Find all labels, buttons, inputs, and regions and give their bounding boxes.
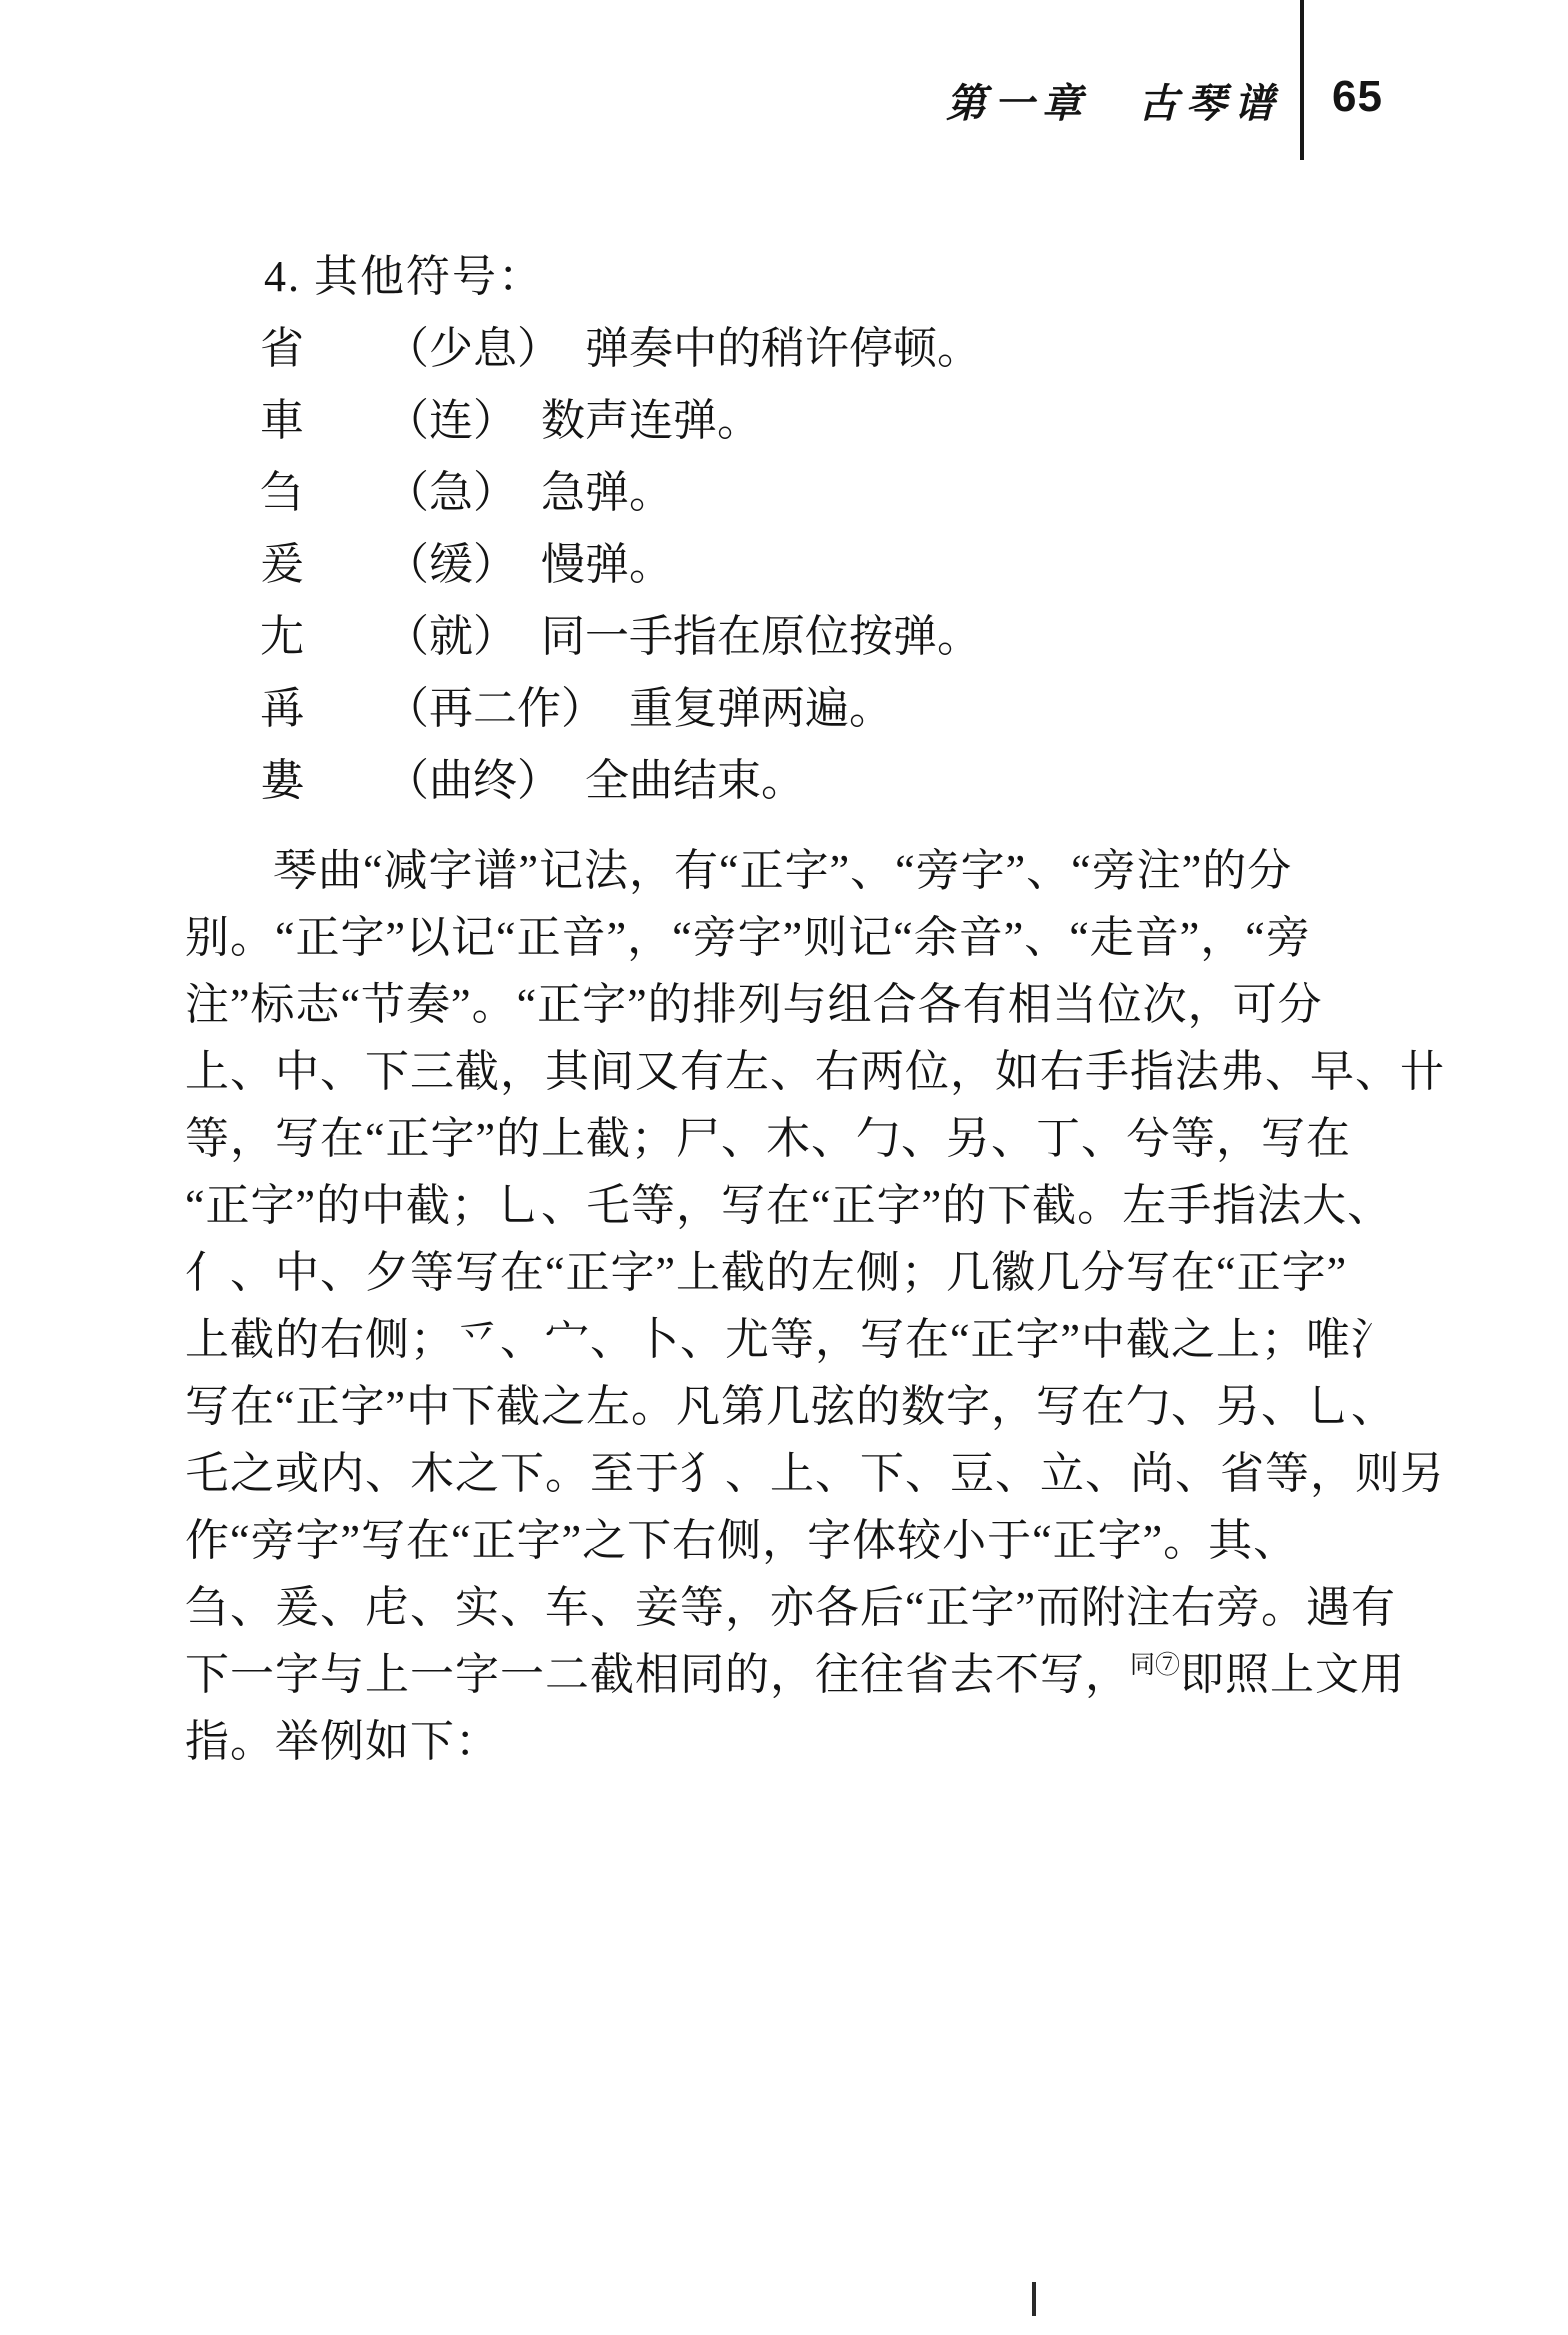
symbol-row: 爰 （缓） 慢弹。 [185, 529, 1390, 601]
header-divider [1300, 0, 1304, 160]
paragraph-line-with-footnote: 下一字与上一字一二截相同的，往往省去不写，同⑦即照上文用 [185, 1641, 1390, 1708]
paragraph-line: 乇之或内、木之下。至于犭、上、下、豆、立、尚、省等，则另 [185, 1440, 1390, 1507]
notation-symbol: 省 [260, 313, 385, 385]
symbol-row: 尢 （就） 同一手指在原位按弹。 [185, 601, 1390, 673]
paragraph-line: 等，写在“正字”的上截；尸、木、勹、另、丁、兮等，写在 [185, 1105, 1390, 1172]
symbol-list: 省 （少息） 弹奏中的稍许停顿。 車 （连） 数声连弹。 刍 （急） 急弹。 爰… [185, 313, 1390, 817]
symbol-reading: （急） [385, 457, 517, 529]
symbol-description: 重复弹两遍。 [629, 673, 893, 745]
body-paragraph: 琴曲“减字谱”记法，有“正字”、“旁字”、“旁注”的分 别。“正字”以记“正音”… [185, 837, 1390, 1775]
paragraph-line: 刍、爰、虍、实、车、妾等，亦各后“正字”而附注右旁。遇有 [185, 1574, 1390, 1641]
paragraph-line: 注”标志“节奏”。“正字”的排列与组合各有相当位次，可分 [185, 971, 1390, 1038]
symbol-row: 婁 （曲终） 全曲结束。 [185, 745, 1390, 817]
paragraph-line: 写在“正字”中下截之左。凡第几弦的数字，写在勹、另、乚、 [185, 1373, 1390, 1440]
symbol-description: 全曲结束。 [585, 745, 805, 817]
symbol-reading: （缓） [385, 529, 517, 601]
text-block: 4. 其他符号： 省 （少息） 弹奏中的稍许停顿。 車 （连） 数声连弹。 刍 … [185, 241, 1390, 1775]
symbol-description: 急弹。 [541, 457, 673, 529]
notation-symbol: 爰 [260, 529, 385, 601]
symbol-description: 数声连弹。 [541, 385, 761, 457]
footnote-marker: 同⑦ [1130, 1652, 1180, 1679]
symbol-row: 爯 （再二作） 重复弹两遍。 [185, 673, 1390, 745]
scan-artifact-mark [1032, 2282, 1036, 2316]
symbol-reading: （连） [385, 385, 517, 457]
paragraph-line: 琴曲“减字谱”记法，有“正字”、“旁字”、“旁注”的分 [185, 837, 1390, 904]
line-text: 下一字与上一字一二截相同的，往往省去不写， [185, 1650, 1130, 1699]
paragraph-line: “正字”的中截；乚、乇等，写在“正字”的下截。左手指法大、 [185, 1172, 1390, 1239]
page-number: 65 [1332, 72, 1383, 122]
book-page: 第一章 古琴谱 65 4. 其他符号： 省 （少息） 弹奏中的稍许停顿。 車 （… [0, 0, 1568, 2335]
section-heading: 4. 其他符号： [185, 241, 1390, 313]
notation-symbol: 尢 [260, 601, 385, 673]
symbol-reading: （再二作） [385, 673, 605, 745]
symbol-description: 同一手指在原位按弹。 [541, 601, 981, 673]
paragraph-line: 别。“正字”以记“正音”，“旁字”则记“余音”、“走音”，“旁 [185, 904, 1390, 971]
notation-symbol: 車 [260, 385, 385, 457]
paragraph-line: 亻、中、夕等写在“正字”上截的左侧；几徽几分写在“正字” [185, 1239, 1390, 1306]
notation-symbol: 爯 [260, 673, 385, 745]
symbol-description: 弹奏中的稍许停顿。 [585, 313, 981, 385]
notation-symbol: 婁 [260, 745, 385, 817]
running-head: 第一章 古琴谱 [946, 72, 1282, 129]
symbol-row: 刍 （急） 急弹。 [185, 457, 1390, 529]
symbol-row: 車 （连） 数声连弹。 [185, 385, 1390, 457]
notation-symbol: 刍 [260, 457, 385, 529]
symbol-row: 省 （少息） 弹奏中的稍许停顿。 [185, 313, 1390, 385]
paragraph-line: 上、中、下三截，其间又有左、右两位，如右手指法弗、早、卄 [185, 1038, 1390, 1105]
paragraph-line: 上截的右侧；乊、宀、卜、尤等，写在“正字”中截之上；唯氵 [185, 1306, 1390, 1373]
symbol-reading: （就） [385, 601, 517, 673]
symbol-reading: （少息） [385, 313, 561, 385]
line-text: 即照上文用 [1180, 1650, 1405, 1699]
paragraph-line: 指。举例如下： [185, 1708, 1390, 1775]
symbol-reading: （曲终） [385, 745, 561, 817]
paragraph-line: 作“旁字”写在“正字”之下右侧，字体较小于“正字”。其、 [185, 1507, 1390, 1574]
symbol-description: 慢弹。 [541, 529, 673, 601]
